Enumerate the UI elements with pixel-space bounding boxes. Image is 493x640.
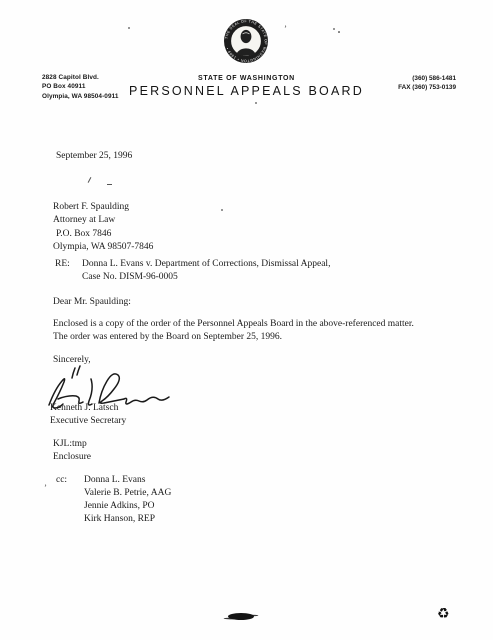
letter-date: September 25, 1996 [56, 150, 132, 163]
cc-item: Valerie B. Petrie, AAG [84, 487, 171, 500]
re-label: RE: [55, 258, 70, 271]
body-line2: The order was entered by the Board on Se… [53, 331, 414, 344]
signer-name: Kenneth J. Latsch [50, 402, 118, 415]
scan-artifact: ’ [284, 24, 287, 34]
scan-artifact [107, 184, 112, 185]
cc-label: cc: [56, 474, 67, 487]
re-subject: Donna L. Evans v. Department of Correcti… [82, 258, 330, 285]
re-line1: Donna L. Evans v. Department of Correcti… [82, 258, 330, 271]
scan-artifact [221, 209, 223, 211]
signer-title: Executive Secretary [50, 415, 126, 428]
scan-smudge [228, 613, 254, 620]
scan-artifact [88, 177, 92, 183]
scan-artifact [338, 31, 340, 33]
scan-artifact [333, 28, 335, 30]
recipient-address: Robert F. Spaulding Attorney at Law P.O.… [53, 201, 153, 255]
re-line2: Case No. DISM-96-0005 [82, 271, 330, 284]
phone-number: (360) 586-1481 [398, 74, 456, 83]
recipient-title: Attorney at Law [53, 214, 153, 227]
fax-number: FAX (360) 753-0139 [398, 83, 456, 92]
scan-artifact: ’ [44, 483, 47, 493]
cc-item: Kirk Hanson, REP [84, 513, 171, 526]
salutation: Dear Mr. Spaulding: [53, 296, 131, 309]
reference-initials: KJL:tmp [53, 438, 87, 451]
scan-artifact [128, 27, 130, 29]
phone-block: (360) 586-1481 FAX (360) 753-0139 [398, 74, 456, 93]
cc-item: Jennie Adkins, PO [84, 500, 171, 513]
body-paragraph: Enclosed is a copy of the order of the P… [53, 318, 414, 345]
washington-state-seal-icon: THE SEAL OF THE STATE OF WASHINGTON • 18… [223, 18, 269, 64]
recipient-pobox: P.O. Box 7846 [53, 228, 153, 241]
enclosure-note: Enclosure [53, 451, 91, 464]
scan-artifact [255, 102, 257, 104]
recipient-name: Robert F. Spaulding [53, 201, 153, 214]
recycle-icon: ♻ [437, 606, 450, 622]
cc-list: Donna L. Evans Valerie B. Petrie, AAG Je… [84, 474, 171, 526]
cc-item: Donna L. Evans [84, 474, 171, 487]
body-line1: Enclosed is a copy of the order of the P… [53, 318, 414, 331]
letter-page: THE SEAL OF THE STATE OF WASHINGTON • 18… [0, 0, 493, 640]
recipient-city: Olympia, WA 98507-7846 [53, 241, 153, 254]
